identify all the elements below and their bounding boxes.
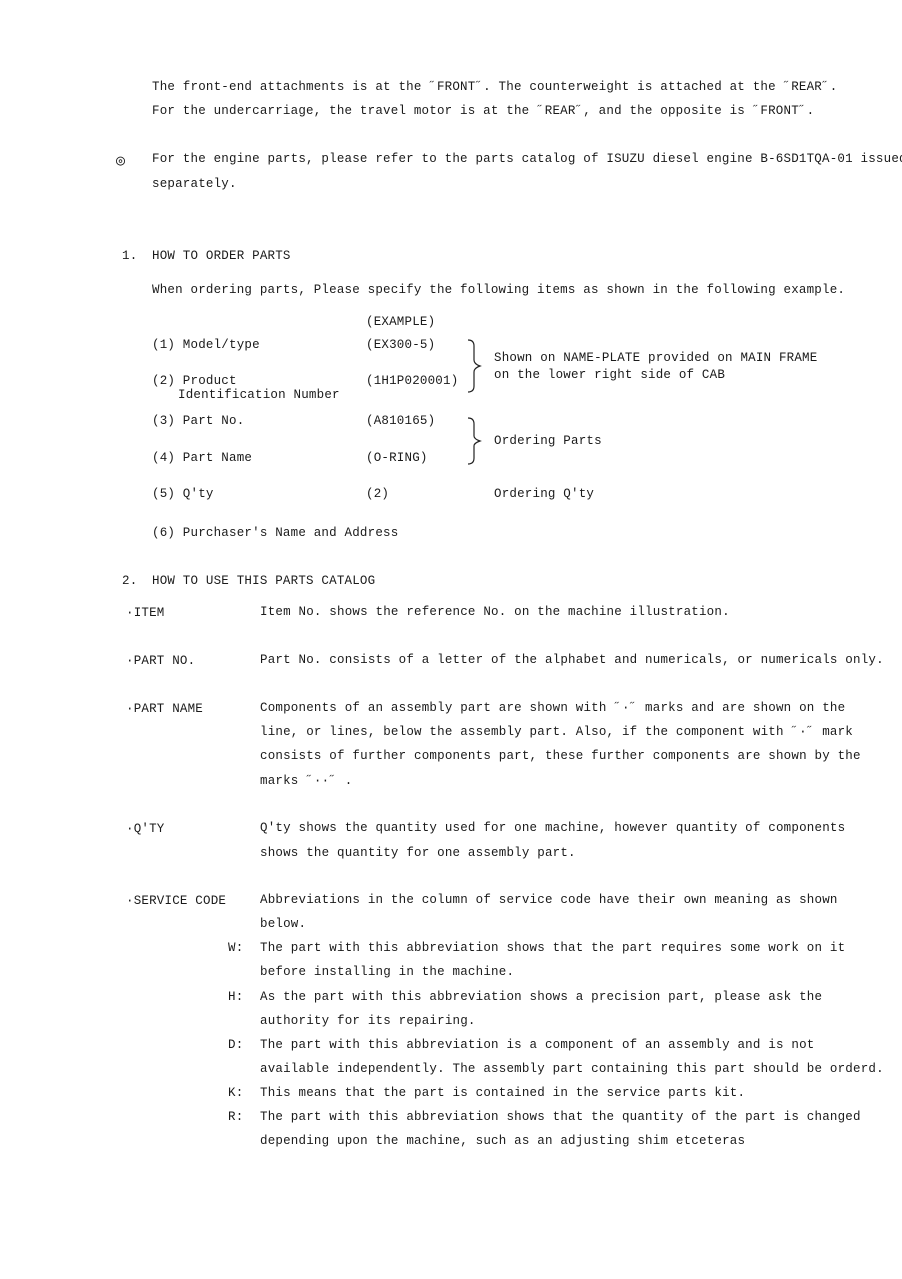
right-brace-icon — [464, 416, 490, 466]
def-part-name-line-2: line, or lines, below the assembly part.… — [260, 725, 853, 739]
order-item-5-example: (2) — [366, 487, 389, 501]
def-qty-line-1: Q'ty shows the quantity used for one mac… — [260, 821, 845, 835]
nameplate-note-line-2: on the lower right side of CAB — [494, 368, 725, 382]
example-header: (EXAMPLE) — [366, 315, 435, 329]
order-item-1-example: (EX300-5) — [366, 338, 435, 352]
def-part-no-line-1: Part No. consists of a letter of the alp… — [260, 653, 884, 667]
def-item-line-1: Item No. shows the reference No. on the … — [260, 605, 730, 619]
right-brace-icon — [464, 338, 490, 394]
order-item-4-example: (O-RING) — [366, 451, 428, 465]
order-item-1-label: (1) Model/type — [152, 338, 260, 352]
code-w: W: — [228, 941, 243, 955]
term-qty: ·Q'TY — [126, 822, 165, 836]
order-item-3-label: (3) Part No. — [152, 414, 244, 428]
code-r: R: — [228, 1110, 243, 1124]
def-qty-line-2: shows the quantity for one assembly part… — [260, 846, 576, 860]
order-item-4-label: (4) Part Name — [152, 451, 252, 465]
def-part-name-line-3: consists of further components part, the… — [260, 749, 861, 763]
term-service-code: ·SERVICE CODE — [126, 894, 226, 908]
code-d-line-2: available independently. The assembly pa… — [260, 1062, 884, 1076]
nameplate-note-line-1: Shown on NAME-PLATE provided on MAIN FRA… — [494, 351, 817, 365]
intro-line-1: The front-end attachments is at the ˝FRO… — [152, 80, 837, 94]
order-item-3-example: (A810165) — [366, 414, 435, 428]
code-r-line-1: The part with this abbreviation shows th… — [260, 1110, 861, 1124]
order-item-2-label-cont: Identification Number — [178, 388, 340, 402]
order-item-5-note: Ordering Q'ty — [494, 487, 594, 501]
code-h-line-2: authority for its repairing. — [260, 1014, 476, 1028]
section-2-number: 2. — [122, 574, 137, 588]
section-1-number: 1. — [122, 249, 137, 263]
code-k: K: — [228, 1086, 243, 1100]
code-d: D: — [228, 1038, 243, 1052]
order-item-2-example: (1H1P020001) — [366, 374, 458, 388]
code-h: H: — [228, 990, 243, 1004]
engine-note-line-2: separately. — [152, 177, 237, 191]
term-part-no: ·PART NO. — [126, 654, 195, 668]
code-w-line-1: The part with this abbreviation shows th… — [260, 941, 845, 955]
code-k-line-1: This means that the part is contained in… — [260, 1086, 745, 1100]
section-2-title: HOW TO USE THIS PARTS CATALOG — [152, 574, 375, 588]
order-item-2-label: (2) Product — [152, 374, 237, 388]
ordering-parts-note: Ordering Parts — [494, 434, 602, 448]
def-part-name-line-1: Components of an assembly part are shown… — [260, 701, 845, 715]
code-h-line-1: As the part with this abbreviation shows… — [260, 990, 822, 1004]
def-service-code-line-1: Abbreviations in the column of service c… — [260, 893, 838, 907]
section-1-intro: When ordering parts, Please specify the … — [152, 283, 845, 297]
code-d-line-1: The part with this abbreviation is a com… — [260, 1038, 815, 1052]
code-w-line-2: before installing in the machine. — [260, 965, 514, 979]
def-service-code-line-2: below. — [260, 917, 306, 931]
engine-note-line-1: For the engine parts, please refer to th… — [152, 152, 902, 166]
code-r-line-2: depending upon the machine, such as an a… — [260, 1134, 745, 1148]
section-1-title: HOW TO ORDER PARTS — [152, 249, 291, 263]
order-item-6-label: (6) Purchaser's Name and Address — [152, 526, 398, 540]
def-part-name-line-4: marks ˝··˝ . — [260, 774, 352, 788]
double-circle-icon: ◎ — [116, 151, 125, 170]
intro-line-2: For the undercarriage, the travel motor … — [152, 104, 814, 118]
order-item-5-label: (5) Q'ty — [152, 487, 214, 501]
term-part-name: ·PART NAME — [126, 702, 203, 716]
term-item: ·ITEM — [126, 606, 165, 620]
